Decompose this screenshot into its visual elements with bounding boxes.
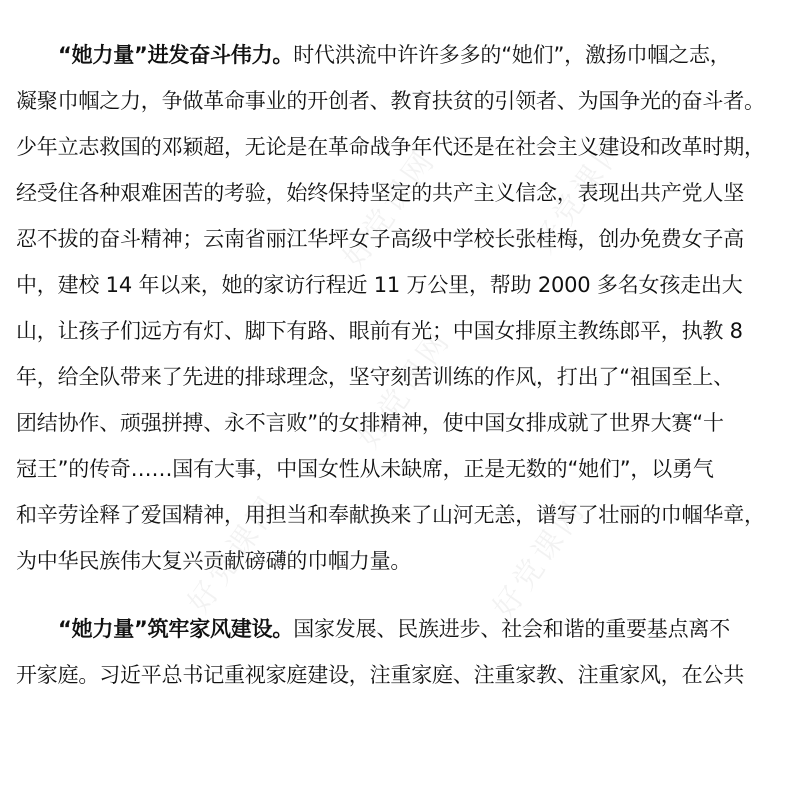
paragraph-her-power-struggle: “她力量”进发奋斗伟力。时代洪流中许许多多的“她们”，激扬巾帼之志， 凝聚巾帼之… xyxy=(16,32,774,584)
paragraph-line: “她力量”筑牢家风建设。国家发展、民族进步、社会和谐的重要基点离不 xyxy=(16,606,774,652)
paragraph-line: 经受住各种艰难困苦的考验，始终保持坚定的共产主义信念，表现出共产党人坚 xyxy=(16,170,774,216)
paragraph-line: 团结协作、顽强拼搏、永不言败”的女排精神，使中国女排成就了世界大赛“十 xyxy=(16,400,774,446)
paragraph-line: 年，给全队带来了先进的排球理念，坚守刻苦训练的作风，打出了“祖国至上、 xyxy=(16,354,774,400)
paragraph-lead-heading: “她力量”筑牢家风建设。 xyxy=(58,617,293,641)
paragraph-line: 开家庭。习近平总书记重视家庭建设，注重家庭、注重家教、注重家风，在公共 xyxy=(16,652,774,698)
document-page: 好党课网 好党课网 好党课网 好党课网 好党课网 “她力量”进发奋斗伟力。时代洪… xyxy=(0,0,800,800)
paragraph-line: 少年立志救国的邓颖超，无论是在革命战争年代还是在社会主义建设和改革时期， xyxy=(16,124,774,170)
paragraph-line: 山，让孩子们远方有灯、脚下有路、眼前有光；中国女排原主教练郎平，执教 8 xyxy=(16,308,774,354)
paragraph-line: 冠王”的传奇……国有大事，中国女性从未缺席，正是无数的“她们”，以勇气 xyxy=(16,446,774,492)
paragraph-lead-heading: “她力量”进发奋斗伟力。 xyxy=(58,43,293,67)
paragraph-line: 忍不拔的奋斗精神；云南省丽江华坪女子高级中学校长张桂梅，创办免费女子高 xyxy=(16,216,774,262)
paragraph-line: “她力量”进发奋斗伟力。时代洪流中许许多多的“她们”，激扬巾帼之志， xyxy=(16,32,774,78)
paragraph-line: 为中华民族伟大复兴贡献磅礴的巾帼力量。 xyxy=(16,538,774,584)
document-body: “她力量”进发奋斗伟力。时代洪流中许许多多的“她们”，激扬巾帼之志， 凝聚巾帼之… xyxy=(16,0,774,698)
paragraph-line: 和辛劳诠释了爱国精神，用担当和奉献换来了山河无恙，谱写了壮丽的巾帼华章， xyxy=(16,492,774,538)
paragraph-her-power-family: “她力量”筑牢家风建设。国家发展、民族进步、社会和谐的重要基点离不 开家庭。习近… xyxy=(16,606,774,698)
paragraph-line: 中，建校 14 年以来，她的家访行程近 11 万公里，帮助 2000 多名女孩走… xyxy=(16,262,774,308)
paragraph-line: 凝聚巾帼之力，争做革命事业的开创者、教育扶贫的引领者、为国争光的奋斗者。 xyxy=(16,78,774,124)
